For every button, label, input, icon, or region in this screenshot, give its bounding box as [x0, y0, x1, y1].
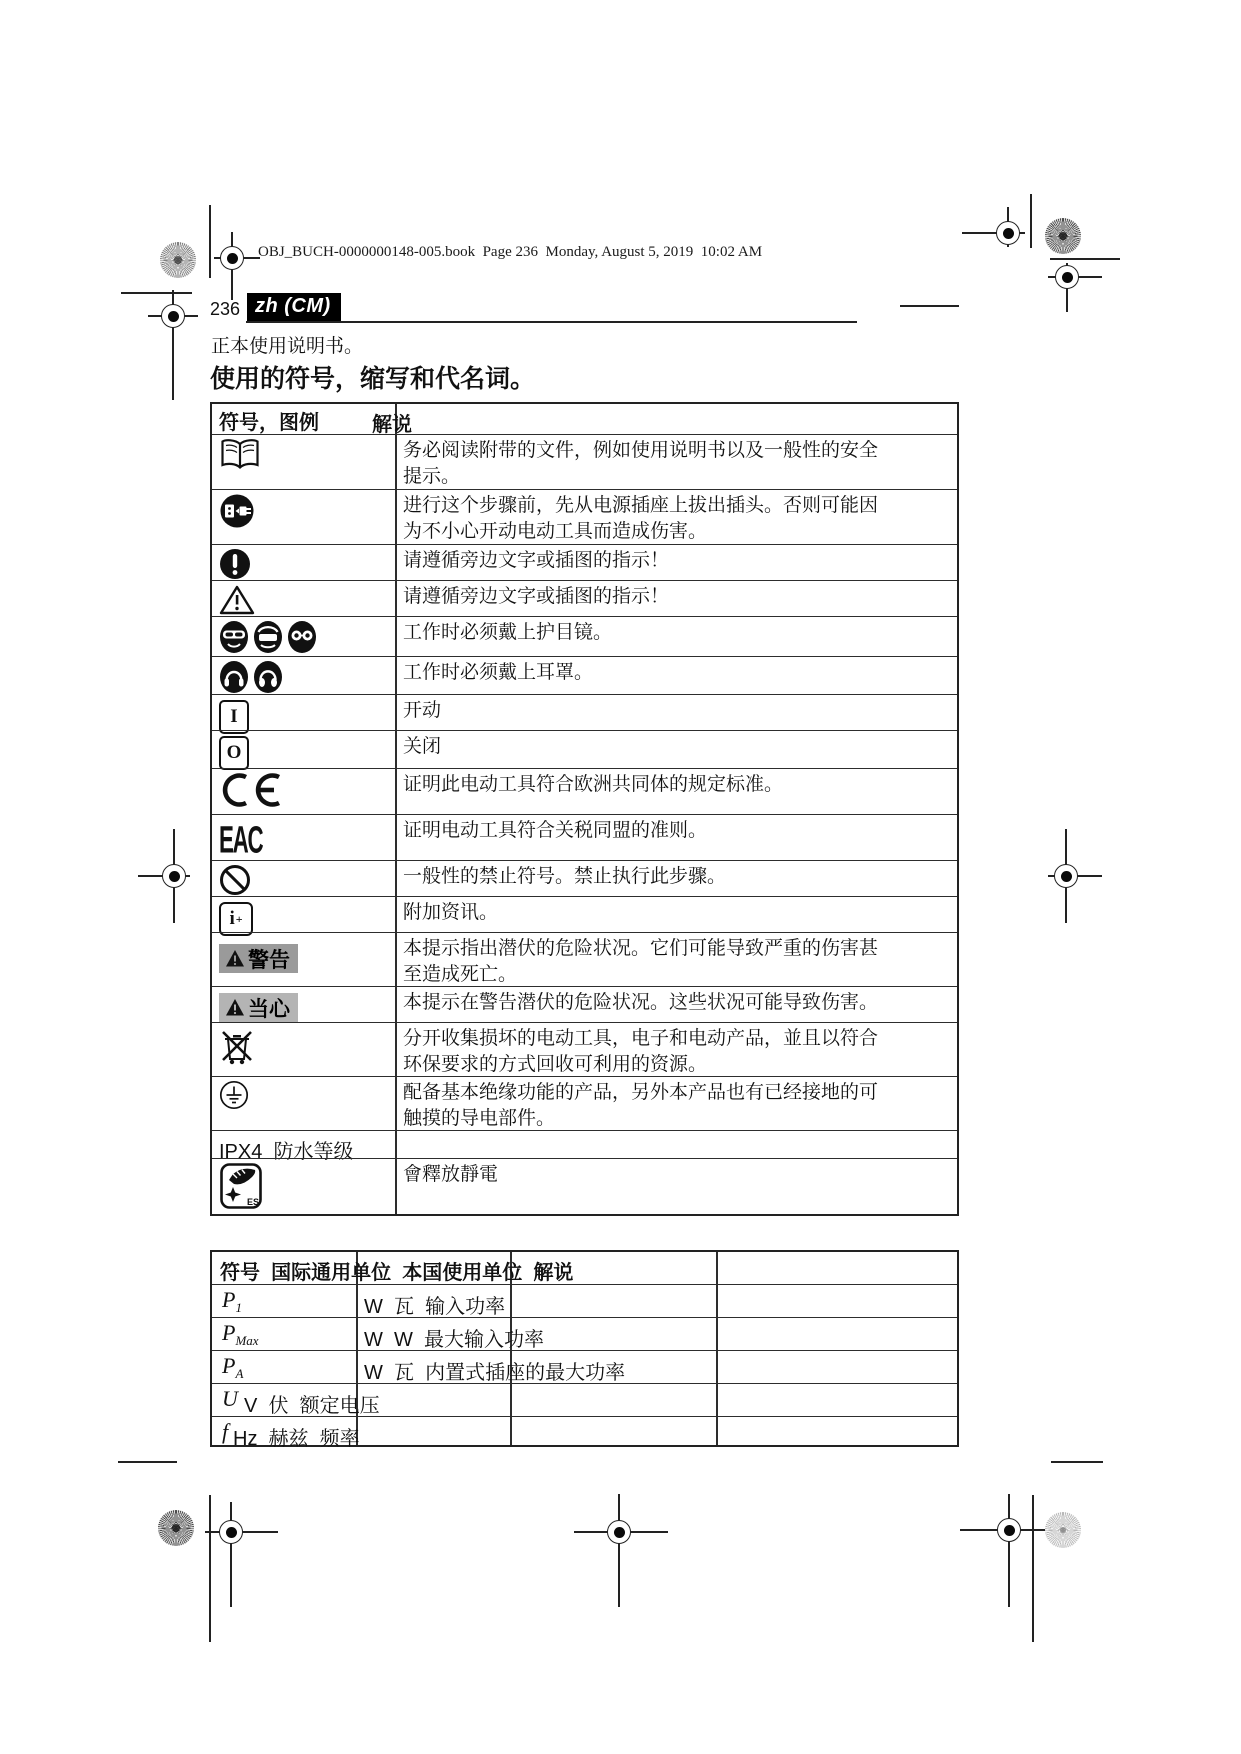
warning-triangle-icon [219, 584, 255, 616]
explanation-text: 分开收集损坏的电动工具，电子和电动产品，並且以符合环保要求的方式回收可利用的资源… [403, 1026, 881, 1078]
unit-row-text: Hz 赫兹 频率 [233, 1422, 360, 1451]
protective-earth-icon [219, 1080, 249, 1110]
explanation-text: 请遵循旁边文字或插图的指示！ [403, 584, 669, 610]
es-label: ES [247, 1197, 259, 1207]
crop-line-bottom-left-vertical [209, 1495, 211, 1642]
warning-badge-label: 警告 [248, 944, 290, 974]
registration-starburst-top-right [1045, 218, 1081, 254]
table-row: 工作时必须戴上护目镜。 [212, 616, 957, 656]
page-number: 236 [210, 299, 240, 320]
switch-on-icon: I [219, 700, 249, 734]
table-row: ES 會釋放靜電 [212, 1158, 957, 1214]
table-row: EAC 证明电动工具符合关税同盟的准则。 [212, 814, 957, 860]
table-row: 请遵循旁边文字或插图的指示！ [212, 544, 957, 580]
open-book-icon [219, 438, 261, 472]
crop-line-top-left-vertical [209, 205, 211, 278]
unit-row-text: V 伏 额定电压 [244, 1389, 380, 1418]
unit-row-text: W 瓦 内置式插座的最大功率 [364, 1356, 625, 1385]
table-row: O 关闭 [212, 730, 957, 768]
table-row: 当心 本提示在警告潜伏的危险状况。这些状况可能导致伤害。 [212, 986, 957, 1022]
table-row: 配备基本绝缘功能的产品，另外本产品也有已经接地的可触摸的导电部件。 [212, 1076, 957, 1130]
units-table-row: f Hz 赫兹 频率 [212, 1416, 957, 1449]
info-i: i [229, 908, 234, 930]
page-title: 使用的符号，缩写和代名词。 [210, 359, 535, 395]
table-row: IPX4 防水等级 [212, 1130, 957, 1158]
explanation-text: 會釋放靜電 [403, 1162, 498, 1188]
ear-muffs-icon [253, 660, 283, 694]
explanation-text: 务必阅读附带的文件，例如使用说明书以及一般性的安全提示。 [403, 438, 881, 490]
attention-circle-icon [219, 548, 251, 580]
unit-symbol: PMax [222, 1320, 259, 1346]
units-table-row: P1 W 瓦 输入功率 [212, 1284, 957, 1317]
explanation-text: 配备基本绝缘功能的产品，另外本产品也有已经接地的可触摸的导电部件。 [403, 1080, 881, 1132]
manual-page: OBJ_BUCH-0000000148-005.book Page 236 Mo… [0, 0, 1241, 1754]
caution-triangle-glyph [225, 998, 245, 1017]
ear-protection-icon [219, 660, 249, 694]
caution-badge-label: 当心 [248, 993, 290, 1023]
additional-info-icon: i+ [219, 902, 253, 936]
table-row: I 开动 [212, 694, 957, 730]
crop-line-bottom-right-vertical [1032, 1495, 1034, 1642]
prohibition-icon [219, 864, 251, 896]
explanation-text: 本提示指出潜伏的危险状况。它们可能导致严重的伤害甚至造成死亡。 [403, 936, 881, 988]
units-table-row: PA W 瓦 内置式插座的最大功率 [212, 1350, 957, 1383]
units-table-header-row: 符号 国际通用单位 本国使用单位 解说 [212, 1252, 957, 1284]
units-table-header: 符号 国际通用单位 本国使用单位 解说 [220, 1256, 573, 1285]
units-table: 符号 国际通用单位 本国使用单位 解说 P1 W 瓦 输入功率 PMax W W… [210, 1250, 959, 1447]
table-row: 证明此电动工具符合欧洲共同体的规定标准。 [212, 768, 957, 814]
language-badge: zh (CM) [247, 293, 341, 321]
unit-row-text: W 瓦 输入功率 [364, 1290, 505, 1319]
explanation-text: 工作时必须戴上护目镜。 [403, 620, 612, 646]
safety-glasses-icon [287, 620, 317, 654]
units-table-row: PMax W W 最大输入功率 [212, 1317, 957, 1350]
table-row: 警告 本提示指出潜伏的危险状况。它们可能导致严重的伤害甚至造成死亡。 [212, 932, 957, 986]
explanation-text: 关闭 [403, 734, 441, 760]
registration-starburst-bottom-left [158, 1510, 194, 1546]
registration-starburst-top-left [160, 242, 196, 278]
crop-line-right-segment [900, 305, 959, 307]
registration-starburst-bottom-right [1045, 1512, 1081, 1548]
unit-symbol: U [222, 1386, 238, 1412]
table-row: 分开收集损坏的电动工具，电子和电动产品，並且以符合环保要求的方式回收可利用的资源… [212, 1022, 957, 1076]
table-row: 一般性的禁止符号。禁止执行此步骤。 [212, 860, 957, 896]
ce-mark-icon [219, 772, 283, 808]
explanation-text: 工作时必须戴上耳罩。 [403, 660, 593, 686]
explanation-text: 证明电动工具符合关税同盟的准则。 [403, 818, 707, 844]
crop-line-bottom-right-horizontal [1051, 1461, 1103, 1463]
crop-line-top-right-horizontal [1050, 258, 1120, 260]
warning-triangle-glyph [225, 949, 245, 968]
intro-text: 正本使用说明书。 [211, 331, 363, 358]
table-row: 务必阅读附带的文件，例如使用说明书以及一般性的安全提示。 [212, 434, 957, 489]
crop-line-bottom-left-horizontal [118, 1461, 177, 1463]
table-row: 进行这个步骤前，先从电源插座上拔出插头。否则可能因为不小心开动电动工具而造成伤害… [212, 489, 957, 544]
table-header-row: 符号，图例 解说 [212, 404, 957, 434]
face-shield-icon [253, 620, 283, 654]
unit-row-text: W W 最大输入功率 [364, 1323, 544, 1352]
eac-mark-icon: EAC [219, 821, 262, 859]
column-header-symbol: 符号，图例 [212, 404, 395, 434]
weee-bin-icon [219, 1026, 255, 1068]
table-row: 工作时必须戴上耳罩。 [212, 656, 957, 694]
header-rule [246, 321, 857, 323]
caution-badge: 当心 [219, 993, 298, 1022]
electrostatic-icon: ES [219, 1162, 263, 1210]
table-row: i+ 附加资讯。 [212, 896, 957, 932]
units-table-row: U V 伏 额定电压 [212, 1383, 957, 1416]
explanation-text: 请遵循旁边文字或插图的指示！ [403, 548, 669, 574]
explanation-text: 附加资讯。 [403, 900, 498, 926]
crop-line-top-right-vertical [1030, 194, 1032, 248]
table-row: 请遵循旁边文字或插图的指示！ [212, 580, 957, 616]
unplug-icon [219, 493, 255, 529]
info-plus: + [236, 912, 243, 927]
unit-symbol: PA [222, 1353, 243, 1379]
unit-symbol: P1 [222, 1287, 242, 1313]
explanation-text: 开动 [403, 698, 441, 724]
goggles-icon [219, 620, 249, 654]
explanation-text: 本提示在警告潜伏的危险状况。这些状况可能导致伤害。 [403, 990, 878, 1016]
explanation-text: 一般性的禁止符号。禁止执行此步骤。 [403, 864, 726, 890]
explanation-text: 证明此电动工具符合欧洲共同体的规定标准。 [403, 772, 783, 798]
switch-off-icon: O [219, 736, 249, 770]
column-header-explanation: 解说 [372, 408, 412, 437]
warning-badge: 警告 [219, 944, 298, 973]
unit-symbol: f [222, 1419, 228, 1445]
crop-line-left-horizontal [121, 292, 192, 294]
symbols-table: 符号，图例 解说 务必阅读附带的文件，例如使用说明书以及一般性的安全提示。 [210, 402, 959, 1216]
explanation-text: 进行这个步骤前，先从电源插座上拔出插头。否则可能因为不小心开动电动工具而造成伤害… [403, 493, 881, 545]
print-header-text: OBJ_BUCH-0000000148-005.book Page 236 Mo… [258, 244, 762, 261]
